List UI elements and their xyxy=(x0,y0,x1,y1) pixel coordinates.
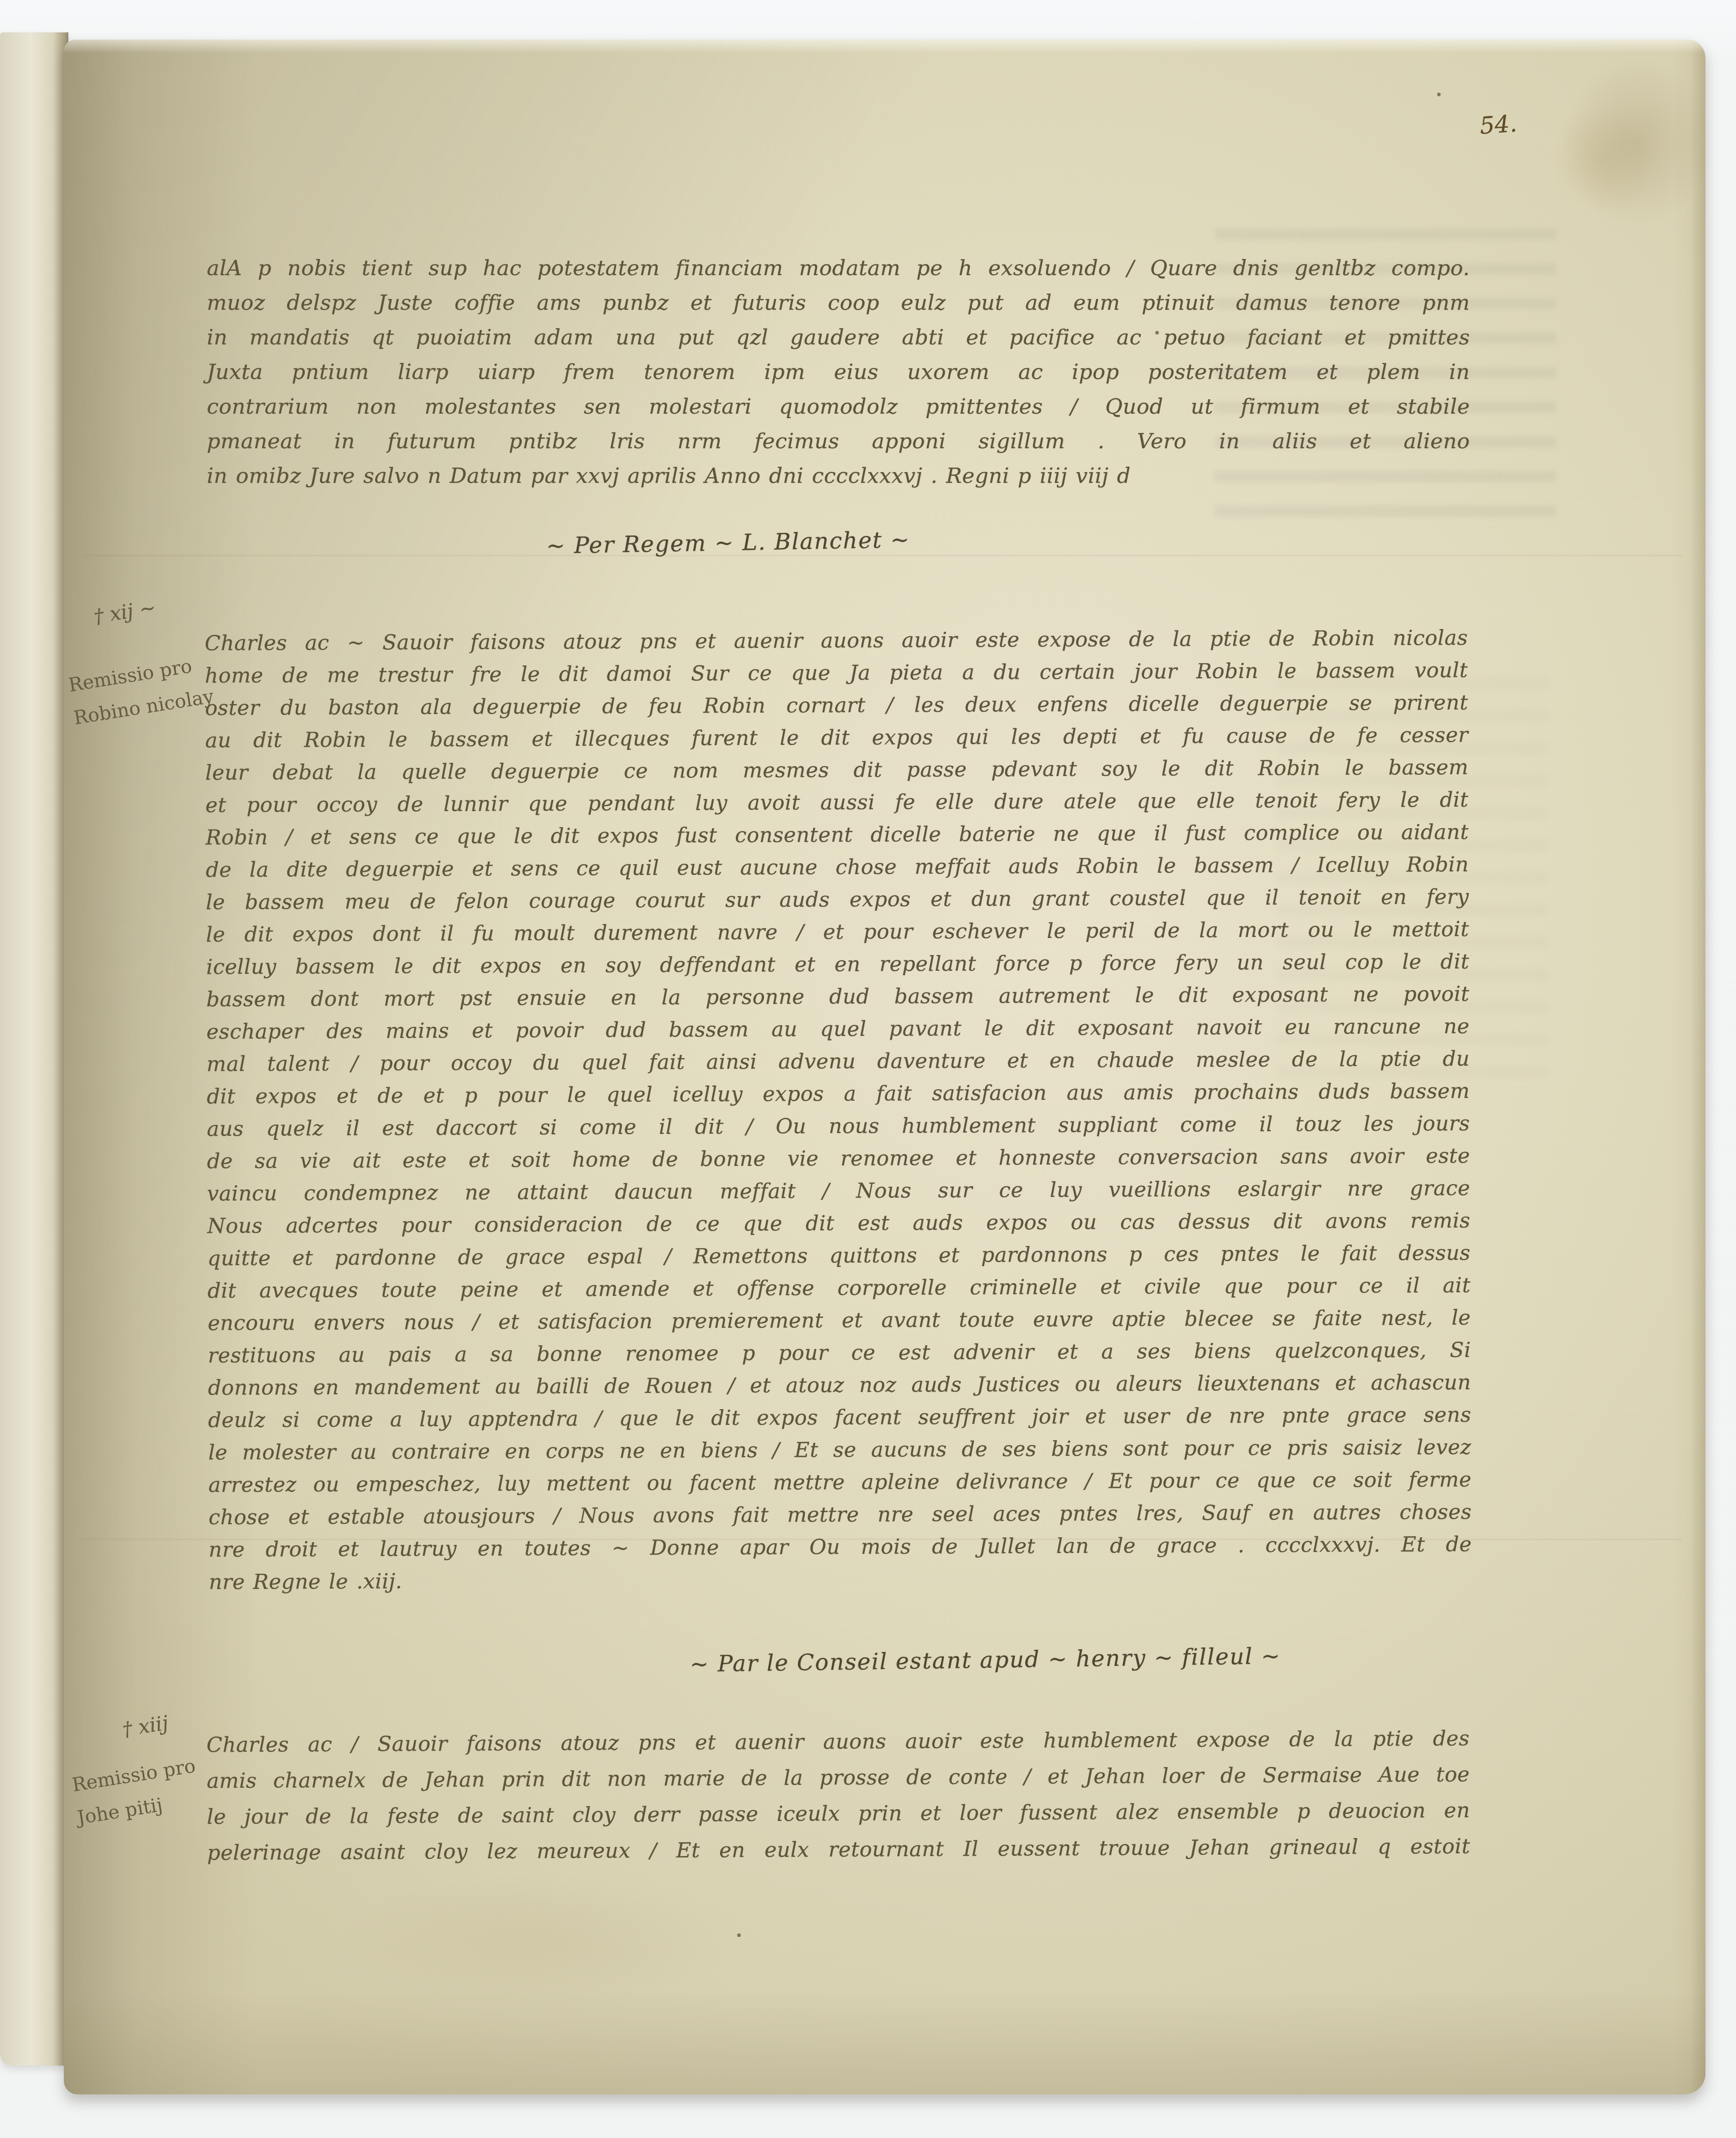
remission-robin-nicolas-paragraph: Charles ac ~ Sauoir faisons atouz pns et… xyxy=(205,621,1472,1598)
parchment-stain xyxy=(1547,107,1655,215)
heading-per-regem-blanchet: ~ Per Regem ~ L. Blanchet ~ xyxy=(207,521,1250,565)
manuscript-text-line: le jour de la feste de saint cloy derr p… xyxy=(207,1792,1470,1835)
manuscript-text-line: aus quelz il est daccort si come il dit … xyxy=(207,1107,1470,1145)
manuscript-text-line: dit avecques toute peine et amende et of… xyxy=(208,1269,1471,1307)
previous-folio-edge xyxy=(0,32,68,2066)
manuscript-text-line: Robin / et sens ce que le dit expos fust… xyxy=(205,816,1469,853)
folio-number: 54. xyxy=(1479,110,1518,140)
manuscript-text-line: alA p nobis tient sup hac potestatem fin… xyxy=(207,251,1470,286)
manuscript-text-line: quitte et pardonne de grace espal / Reme… xyxy=(207,1236,1470,1274)
manuscript-text-line: pelerinage asaint cloy lez meureux / Et … xyxy=(207,1828,1470,1871)
manuscript-text-line: eschaper des mains et povoir dud bassem … xyxy=(206,1010,1469,1048)
dirt-speck xyxy=(1437,93,1441,96)
manuscript-text-line: dit expos et de et p pour le quel icellu… xyxy=(207,1075,1470,1112)
manuscript-text-line: contrarium non molestantes sen molestari… xyxy=(207,389,1470,424)
parchment-stain xyxy=(1561,58,1714,228)
remission-jehan-prin-paragraph: Charles ac / Sauoir faisons atouz pns et… xyxy=(206,1720,1470,1871)
manuscript-text-line: au dit Robin le bassem et illecques fure… xyxy=(205,719,1468,756)
manuscript-text-line: leur debat la quelle deguerpie ce nom me… xyxy=(205,751,1469,789)
manuscript-text-line: Juxta pntium liarp uiarp frem tenorem ip… xyxy=(207,355,1470,389)
manuscript-text-line: home de me trestur fre le dit damoi Sur … xyxy=(205,654,1468,692)
manuscript-text-line: Nous adcertes pour consideracion de ce q… xyxy=(207,1204,1470,1242)
manuscript-text-line: bassem dont mort pst ensuie en la person… xyxy=(206,977,1469,1015)
manuscript-text-line: Charles ac ~ Sauoir faisons atouz pns et… xyxy=(205,621,1468,659)
manuscript-text-line: amis charnelx de Jehan prin dit non mari… xyxy=(207,1756,1470,1799)
manuscript-text-line: mal talent / pour occoy du quel fait ain… xyxy=(206,1042,1469,1080)
photograph-background: 54. alA p nobis tient sup hac potestatem… xyxy=(0,0,1736,2138)
manuscript-text-line: in mandatis qt puoiatim adam una put qzl… xyxy=(207,320,1470,355)
dirt-speck xyxy=(737,1933,741,1937)
latin-closing-paragraph: alA p nobis tient sup hac potestatem fin… xyxy=(207,251,1470,493)
manuscript-text-line: encouru envers nous / et satisfacion pre… xyxy=(208,1301,1471,1339)
manuscript-text-line: le bassem meu de felon courage courut su… xyxy=(206,880,1469,918)
manuscript-text-line: chose et estable atousjours / Nous avons… xyxy=(209,1495,1472,1533)
margin-item-number-xij: † xij ~ xyxy=(92,596,158,628)
heading-par-le-conseil-filleul: ~ Par le Conseil estant apud ~ henry ~ f… xyxy=(378,1638,1593,1682)
manuscript-text-line: icelluy bassem le dit expos en soy deffe… xyxy=(206,945,1469,983)
manuscript-text-line: in omibz Jure salvo n Datum par xxvj apr… xyxy=(207,459,1470,493)
manuscript-text-line: restituons au pais a sa bonne renomee p … xyxy=(208,1334,1471,1371)
parchment-stain xyxy=(334,1874,738,2009)
manuscript-text-line: oster du baston ala deguerpie de feu Rob… xyxy=(205,686,1468,724)
manuscript-text-line: le molester au contraire en corps ne en … xyxy=(208,1431,1471,1468)
manuscript-text-line: arrestez ou empeschez, luy mettent ou fa… xyxy=(208,1463,1471,1501)
manuscript-text-line: nre droit et lautruy en toutes ~ Donne a… xyxy=(209,1528,1472,1566)
manuscript-text-line: de sa vie ait este et soit home de bonne… xyxy=(207,1139,1470,1177)
manuscript-text-line: le dit expos dont il fu moult durement n… xyxy=(206,913,1469,951)
manuscript-text-line: muoz delspz Juste coffie ams punbz et fu… xyxy=(207,286,1470,320)
manuscript-page: 54. alA p nobis tient sup hac potestatem… xyxy=(64,40,1705,2094)
manuscript-text-line: nre Regne le .xiij. xyxy=(209,1560,1472,1598)
manuscript-text-line: et pour occoy de lunnir que pendant luy … xyxy=(205,783,1469,821)
margin-item-number-xiij: † xiij xyxy=(121,1711,170,1741)
manuscript-text-line: pmaneat in futurum pntibz lris nrm fecim… xyxy=(207,424,1470,459)
manuscript-text-line: Charles ac / Sauoir faisons atouz pns et… xyxy=(206,1720,1469,1763)
manuscript-text-line: vaincu condempnez ne attaint daucun meff… xyxy=(207,1172,1470,1210)
manuscript-text-line: donnons en mandement au bailli de Rouen … xyxy=(208,1366,1471,1404)
manuscript-text-line: de la dite deguerpie et sens ce quil eus… xyxy=(206,848,1469,886)
manuscript-text-line: deulz si come a luy apptendra / que le d… xyxy=(208,1398,1471,1436)
